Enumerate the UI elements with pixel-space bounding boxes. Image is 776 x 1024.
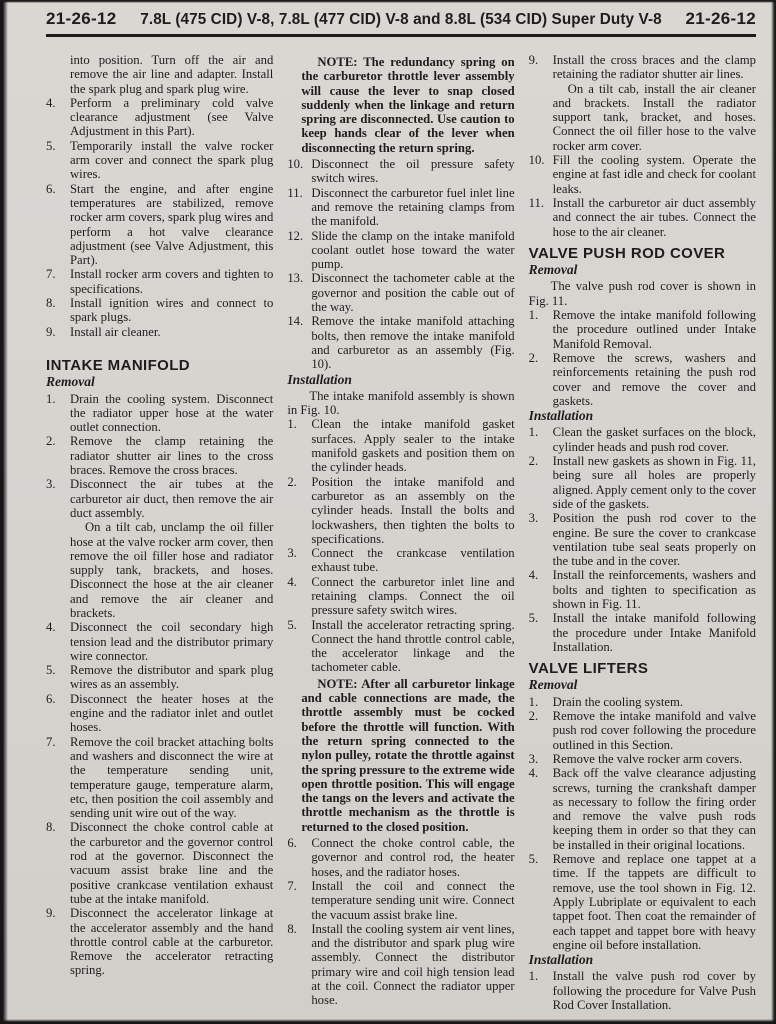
list-item: 8.Install the cooling system air vent li… (287, 922, 514, 1008)
list-item-text: Disconnect the tachometer cable at the g… (311, 271, 514, 314)
item-sub-paragraph: On a tilt cab, install the air cleaner a… (529, 82, 756, 153)
list-item-number: 11. (287, 186, 302, 200)
list-item: 4.Perform a preliminary cold valve clear… (46, 96, 273, 139)
list-item-text: Remove the intake manifold attaching bol… (311, 314, 514, 371)
list-item: 5.Install the intake manifold following … (529, 611, 756, 654)
page-title: 7.8L (475 CID) V-8, 7.8L (477 CID) V-8 a… (116, 11, 685, 29)
list-item-number: 10. (287, 157, 303, 171)
list-item-text: Connect the choke control cable, the gov… (311, 836, 514, 879)
list-item-text: Remove and replace one tappet at a time.… (553, 852, 756, 952)
list-item-number: 1. (529, 308, 539, 322)
list-item: 1.Clean the gasket surfaces on the block… (529, 425, 756, 454)
list-item-number: 5. (529, 852, 539, 866)
list-item-text: Connect the carburetor inlet line and re… (311, 575, 514, 618)
list-item-number: 5. (287, 618, 297, 632)
list-item-number: 7. (287, 879, 297, 893)
column-right: 9.Install the cross braces and the clamp… (529, 53, 756, 1012)
list-item: 3.Remove the valve rocker arm covers. (529, 752, 756, 766)
list-item-number: 7. (46, 735, 56, 749)
subsection-heading: Installation (287, 373, 514, 387)
page-header: 21-26-12 7.8L (475 CID) V-8, 7.8L (477 C… (46, 0, 756, 37)
list-item-number: 3. (287, 546, 297, 560)
list-item: 8.Install ignition wires and connect to … (46, 296, 273, 325)
list-item-number: 3. (529, 511, 539, 525)
section-heading: INTAKE MANIFOLD (46, 359, 273, 373)
item-sub-paragraph: On a tilt cab, unclamp the oil filler ho… (46, 520, 273, 620)
list-item-text: Temporarily install the valve rocker arm… (70, 139, 273, 182)
list-item-text: Install the accelerator retracting sprin… (311, 618, 514, 675)
list-item-number: 9. (46, 906, 56, 920)
list-item-text: Disconnect the carburetor fuel inlet lin… (311, 186, 514, 229)
list-item: 5.Temporarily install the valve rocker a… (46, 139, 273, 182)
list-item-number: 8. (287, 922, 297, 936)
list-item: 1.Clean the intake manifold gasket surfa… (287, 417, 514, 474)
list-item-number: 6. (46, 692, 56, 706)
list-item-text: Install the intake manifold following th… (553, 611, 756, 654)
list-item-text: Install the reinforcements, washers and … (553, 568, 756, 611)
list-item-number: 8. (46, 820, 56, 834)
list-item-number: 5. (46, 663, 56, 677)
list-item-number: 4. (46, 620, 56, 634)
list-item: 11.Install the carburetor air duct assem… (529, 196, 756, 239)
list-item-text: Install the carburetor air duct assembly… (553, 196, 756, 239)
list-item-text: Install ignition wires and connect to sp… (70, 296, 273, 324)
list-item-text: Remove the coil bracket attaching bolts … (70, 735, 273, 820)
list-item-text: Install rocker arm covers and tighten to… (70, 267, 273, 295)
page-number-right: 21-26-12 (686, 9, 756, 29)
scan-edge-bottom (0, 1019, 776, 1024)
list-item: 13.Disconnect the tachometer cable at th… (287, 271, 514, 314)
list-item-number: 9. (46, 325, 56, 339)
list-item-number: 1. (529, 425, 539, 439)
list-item-number: 1. (287, 417, 297, 431)
subsection-heading: Removal (46, 375, 273, 389)
list-item-number: 4. (46, 96, 56, 110)
list-item: 6.Disconnect the heater hoses at the eng… (46, 692, 273, 735)
list-item-number: 1. (46, 392, 56, 406)
list-item-text: Drain the cooling system. Disconnect the… (70, 392, 273, 435)
list-item-number: 7. (46, 267, 56, 281)
list-item-text: Install the coil and connect the tempera… (311, 879, 514, 922)
list-item-number: 2. (287, 475, 297, 489)
list-item-text: Clean the intake manifold gasket surface… (311, 417, 514, 474)
list-item-number: 5. (529, 611, 539, 625)
list-item-text: Start the engine, and after engine tempe… (70, 182, 273, 267)
list-item-number: 2. (529, 709, 539, 723)
list-item-text: Remove the distributor and spark plug wi… (70, 663, 273, 691)
list-item: 4.Connect the carburetor inlet line and … (287, 575, 514, 618)
list-item-text: Perform a preliminary cold valve clearan… (70, 96, 273, 139)
list-item: 4.Disconnect the coil secondary high ten… (46, 620, 273, 663)
list-item: 2.Remove the clamp retaining the radiato… (46, 434, 273, 477)
list-item-text: Install the valve push rod cover by foll… (553, 969, 756, 1012)
list-item: 2.Position the intake manifold and carbu… (287, 475, 514, 546)
list-item-text: Connect the crankcase ventilation exhaus… (311, 546, 514, 574)
list-item-number: 2. (529, 351, 539, 365)
list-item-text: Drain the cooling system. (553, 695, 683, 709)
manual-page: 21-26-12 7.8L (475 CID) V-8, 7.8L (477 C… (0, 0, 776, 1024)
subsection-heading: Removal (529, 263, 756, 277)
list-item-number: 2. (46, 434, 56, 448)
section-heading: VALVE LIFTERS (529, 662, 756, 676)
list-item: 1.Drain the cooling system. Disconnect t… (46, 392, 273, 435)
list-item-text: Disconnect the choke control cable at th… (70, 820, 273, 905)
continued-paragraph: into position. Turn off the air and remo… (46, 53, 273, 96)
list-item-text: Remove the valve rocker arm covers. (553, 752, 743, 766)
list-item: 1.Install the valve push rod cover by fo… (529, 969, 756, 1012)
list-item: 1.Remove the intake manifold following t… (529, 308, 756, 351)
list-item: 3.Disconnect the air tubes at the carbur… (46, 477, 273, 520)
list-item-text: Clean the gasket surfaces on the block, … (553, 425, 756, 453)
list-item: 5.Install the accelerator retracting spr… (287, 618, 514, 675)
list-item-number: 10. (529, 153, 545, 167)
list-item: 2.Remove the intake manifold and valve p… (529, 709, 756, 752)
section-heading: VALVE PUSH ROD COVER (529, 247, 756, 261)
list-item-number: 4. (529, 766, 539, 780)
scan-edge-right (771, 0, 776, 1024)
list-item: 10.Disconnect the oil pressure safety sw… (287, 157, 514, 186)
list-item-text: Back off the valve clearance adjusting s… (553, 766, 756, 851)
list-item-text: Remove the clamp retaining the radiator … (70, 434, 273, 477)
column-left: into position. Turn off the air and remo… (46, 53, 273, 1012)
list-item-text: Disconnect the coil secondary high tensi… (70, 620, 273, 663)
list-item: 9.Disconnect the accelerator linkage at … (46, 906, 273, 977)
paragraph: The intake manifold assembly is shown in… (287, 389, 514, 418)
list-item-text: Disconnect the heater hoses at the engin… (70, 692, 273, 735)
list-item: 1.Drain the cooling system. (529, 695, 756, 709)
column-center: NOTE: The redundancy spring on the carbu… (287, 53, 514, 1012)
list-item-text: Disconnect the accelerator linkage at th… (70, 906, 273, 977)
list-item: 2.Remove the screws, washers and reinfor… (529, 351, 756, 408)
list-item: 4.Install the reinforcements, washers an… (529, 568, 756, 611)
note-paragraph: NOTE: The redundancy spring on the carbu… (301, 55, 514, 155)
list-item-number: 3. (529, 752, 539, 766)
list-item-number: 1. (529, 695, 539, 709)
list-item-text: Fill the cooling system. Operate the eng… (553, 153, 756, 196)
list-item: 7.Remove the coil bracket attaching bolt… (46, 735, 273, 821)
list-item: 2.Install new gaskets as shown in Fig. 1… (529, 454, 756, 511)
paragraph: The valve push rod cover is shown in Fig… (529, 279, 756, 308)
list-item-text: Install new gaskets as shown in Fig. 11,… (553, 454, 756, 511)
list-item-number: 9. (529, 53, 539, 67)
list-item-number: 1. (529, 969, 539, 983)
list-item-number: 14. (287, 314, 303, 328)
list-item: 8.Disconnect the choke control cable at … (46, 820, 273, 906)
page-number-left: 21-26-12 (46, 9, 116, 29)
list-item: 12.Slide the clamp on the intake manifol… (287, 229, 514, 272)
list-item-text: Position the push rod cover to the engin… (553, 511, 756, 568)
list-item-number: 8. (46, 296, 56, 310)
list-item: 5.Remove and replace one tappet at a tim… (529, 852, 756, 952)
list-item-number: 5. (46, 139, 56, 153)
list-item-number: 4. (529, 568, 539, 582)
list-item: 14.Remove the intake manifold attaching … (287, 314, 514, 371)
list-item-number: 3. (46, 477, 56, 491)
list-item: 6.Start the engine, and after engine tem… (46, 182, 273, 268)
list-item: 3.Connect the crankcase ventilation exha… (287, 546, 514, 575)
list-item: 11.Disconnect the carburetor fuel inlet … (287, 186, 514, 229)
page-body: into position. Turn off the air and remo… (46, 53, 756, 1012)
note-paragraph: NOTE: After all carburetor linkage and c… (301, 677, 514, 834)
list-item-text: Disconnect the air tubes at the carburet… (70, 477, 273, 520)
list-item-text: Slide the clamp on the intake manifold c… (311, 229, 514, 272)
list-item: 4.Back off the valve clearance adjusting… (529, 766, 756, 852)
list-item: 7.Install rocker arm covers and tighten … (46, 267, 273, 296)
list-item: 7.Install the coil and connect the tempe… (287, 879, 514, 922)
list-item-number: 11. (529, 196, 544, 210)
list-item: 5.Remove the distributor and spark plug … (46, 663, 273, 692)
list-item: 10.Fill the cooling system. Operate the … (529, 153, 756, 196)
subsection-heading: Installation (529, 953, 756, 967)
scan-edge-left (0, 0, 8, 1024)
list-item-number: 4. (287, 575, 297, 589)
list-item-number: 2. (529, 454, 539, 468)
list-item: 9.Install air cleaner. (46, 325, 273, 339)
list-item: 9.Install the cross braces and the clamp… (529, 53, 756, 82)
subsection-heading: Removal (529, 678, 756, 692)
list-item-text: Position the intake manifold and carbure… (311, 475, 514, 546)
list-item-text: Remove the intake manifold and valve pus… (553, 709, 756, 752)
list-item-text: Remove the screws, washers and reinforce… (553, 351, 756, 408)
list-item-number: 6. (287, 836, 297, 850)
list-item-text: Install air cleaner. (70, 325, 161, 339)
list-item-text: Disconnect the oil pressure safety switc… (311, 157, 514, 185)
list-item-text: Install the cross braces and the clamp r… (553, 53, 756, 81)
list-item: 3.Position the push rod cover to the eng… (529, 511, 756, 568)
list-item-number: 6. (46, 182, 56, 196)
list-item-number: 13. (287, 271, 303, 285)
list-item-text: Remove the intake manifold following the… (553, 308, 756, 351)
subsection-heading: Installation (529, 409, 756, 423)
list-item-number: 12. (287, 229, 303, 243)
list-item-text: Install the cooling system air vent line… (311, 922, 514, 1007)
list-item: 6.Connect the choke control cable, the g… (287, 836, 514, 879)
